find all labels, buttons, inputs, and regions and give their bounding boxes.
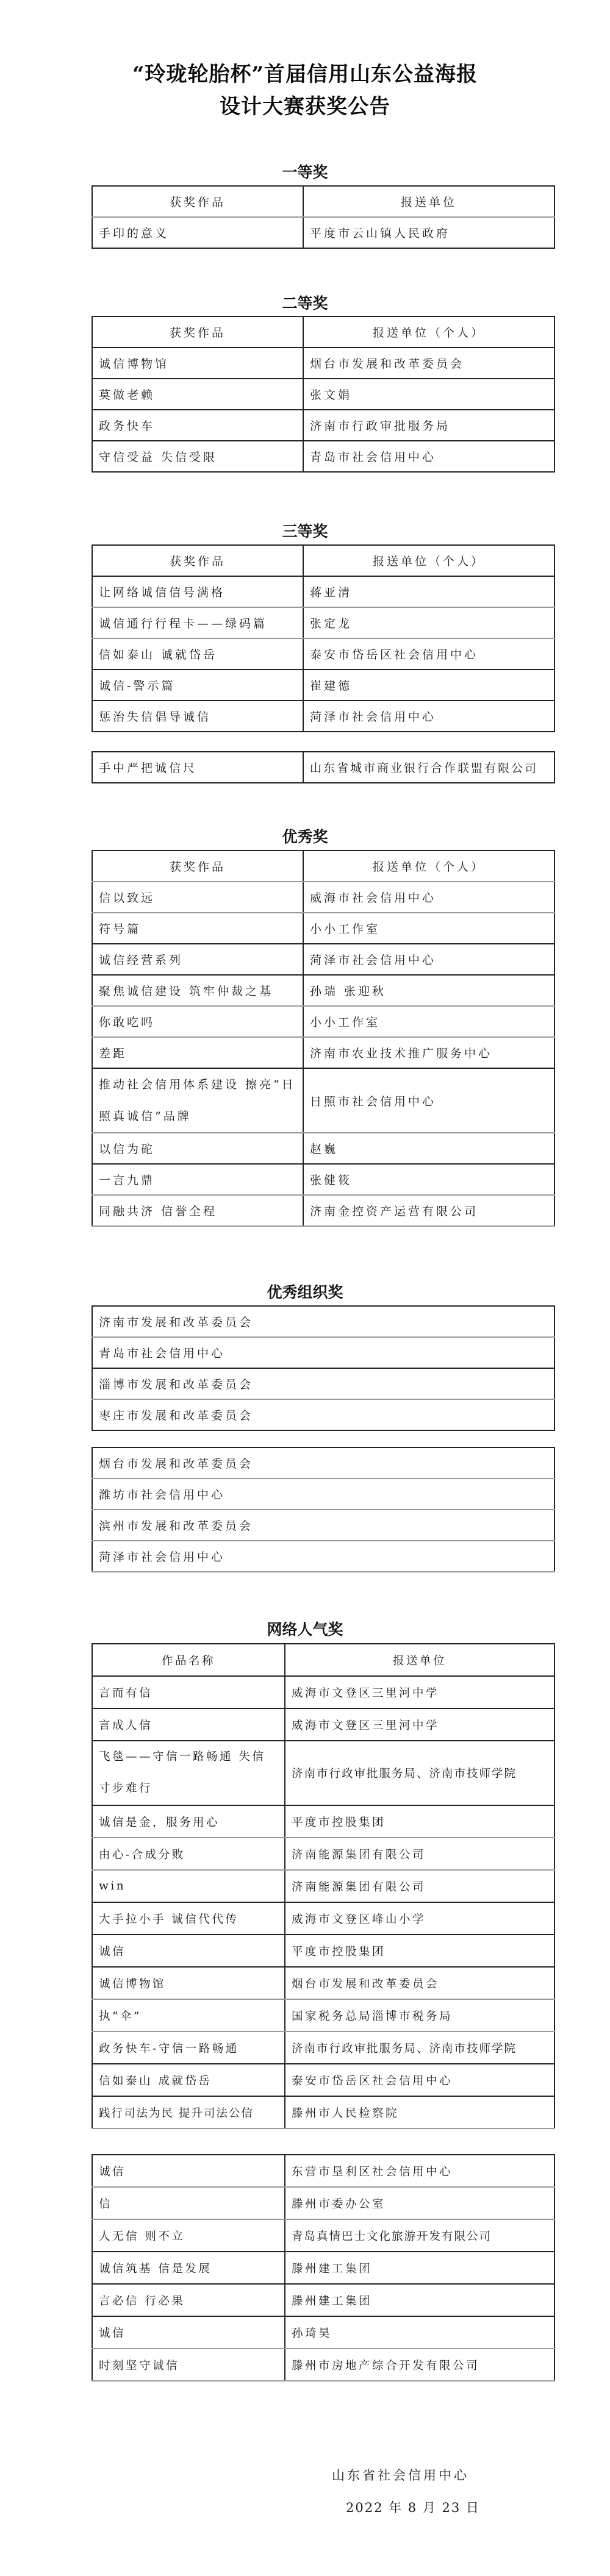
unit-cell: 威海市文登区三里河中学 bbox=[285, 1676, 554, 1708]
work-cell: 诚信经营系列 bbox=[92, 944, 303, 975]
unit-cell: 小小工作室 bbox=[303, 913, 554, 944]
list-item: 烟台市发展和改革委员会 bbox=[92, 1447, 554, 1479]
unit-cell: 小小工作室 bbox=[303, 1006, 554, 1037]
work-cell: 聚焦诚信建设 筑牢仲裁之基 bbox=[92, 975, 303, 1006]
unit-cell: 滕州建工集团 bbox=[285, 2252, 554, 2284]
table-row: 飞毯——守信一路畅通 失信寸步难行济南市行政审批服务局、济南市技师学院 bbox=[92, 1741, 554, 1805]
work-cell: 人无信 则不立 bbox=[92, 2219, 285, 2252]
table-row: 差距济南市农业技术推广服务中心 bbox=[92, 1037, 554, 1068]
work-cell: 政务快车 bbox=[92, 410, 303, 441]
work-cell: 信如泰山 诚就岱岳 bbox=[92, 638, 303, 669]
unit-cell: 济南金控资产运营有限公司 bbox=[303, 1195, 554, 1226]
table-row: 人无信 则不立青岛真情巴士文化旅游开发有限公司 bbox=[92, 2219, 554, 2252]
table-row: 诚信-警示篇崔建德 bbox=[92, 669, 554, 701]
work-cell: 手印的意义 bbox=[92, 217, 303, 248]
unit-cell: 东营市垦利区社会信用中心 bbox=[285, 2155, 554, 2187]
third-prize-table: 获奖作品 报送单位（个人） 让网络诚信信号满格蒋亚清 诚信通行行程卡——绿码篇张… bbox=[91, 544, 555, 732]
work-cell: 诚信筑基 信是发展 bbox=[92, 2252, 285, 2284]
section-heading-first-prize: 一等奖 bbox=[0, 163, 610, 182]
table-row: 大手拉小手 诚信代代传威海市文登区峰山小学 bbox=[92, 1902, 554, 1935]
work-cell: 飞毯——守信一路畅通 失信寸步难行 bbox=[92, 1741, 285, 1805]
unit-cell: 孙琦昊 bbox=[285, 2316, 554, 2349]
work-cell: 手中严把诚信尺 bbox=[92, 752, 303, 783]
column-header-work: 获奖作品 bbox=[92, 186, 303, 217]
unit-cell: 孙瑞 张迎秋 bbox=[303, 975, 554, 1006]
column-header-work: 获奖作品 bbox=[92, 545, 303, 576]
work-cell: 政务快车-守信一路畅通 bbox=[92, 2032, 285, 2064]
section-heading-organization-prize: 优秀组织奖 bbox=[0, 1283, 610, 1302]
work-cell: 让网络诚信信号满格 bbox=[92, 576, 303, 607]
unit-cell: 平度市云山镇人民政府 bbox=[303, 217, 554, 248]
list-item: 滨州市发展和改革委员会 bbox=[92, 1510, 554, 1541]
document-title-line2: 设计大赛获奖公告 bbox=[0, 95, 610, 119]
work-cell: 推动社会信用体系建设 擦亮“日照真诚信”品牌 bbox=[92, 1068, 303, 1133]
column-header-work: 作品名称 bbox=[92, 1644, 285, 1676]
list-item: 青岛市社会信用中心 bbox=[92, 1337, 554, 1368]
table-row: 诚信筑基 信是发展滕州建工集团 bbox=[92, 2252, 554, 2284]
table-header-row: 作品名称 报送单位 bbox=[92, 1644, 554, 1676]
work-cell: 诚信博物馆 bbox=[92, 1967, 285, 1999]
column-header-unit: 报送单位（个人） bbox=[303, 851, 554, 882]
table-row: 推动社会信用体系建设 擦亮“日照真诚信”品牌日照市社会信用中心 bbox=[92, 1068, 554, 1133]
issuer-name: 山东省社会信用中心 bbox=[332, 2467, 469, 2483]
work-cell: 信以致远 bbox=[92, 882, 303, 913]
work-cell: 诚信是金，服务用心 bbox=[92, 1805, 285, 1838]
column-header-unit: 报送单位 bbox=[303, 186, 554, 217]
work-cell: 言成人信 bbox=[92, 1708, 285, 1741]
unit-cell: 山东省城市商业银行合作联盟有限公司 bbox=[303, 752, 554, 783]
table-header-row: 获奖作品 报送单位（个人） bbox=[92, 851, 554, 882]
organization-cell: 济南市发展和改革委员会 bbox=[92, 1306, 554, 1337]
unit-cell: 威海市社会信用中心 bbox=[303, 882, 554, 913]
work-cell: 诚信博物馆 bbox=[92, 348, 303, 379]
table-row: 信以致远威海市社会信用中心 bbox=[92, 882, 554, 913]
table-row: 政务快车济南市行政审批服务局 bbox=[92, 410, 554, 441]
column-header-unit: 报送单位 bbox=[285, 1644, 554, 1676]
unit-cell: 滕州市人民检察院 bbox=[285, 2096, 554, 2128]
table-row: 诚信孙琦昊 bbox=[92, 2316, 554, 2349]
unit-cell: 崔建德 bbox=[303, 669, 554, 701]
section-heading-second-prize: 二等奖 bbox=[0, 294, 610, 313]
list-item: 潍坊市社会信用中心 bbox=[92, 1479, 554, 1510]
table-row: 诚信东营市垦利区社会信用中心 bbox=[92, 2155, 554, 2187]
work-cell: 诚信 bbox=[92, 1935, 285, 1967]
table-row: win济南能源集团有限公司 bbox=[92, 1870, 554, 1902]
unit-cell: 青岛真情巴士文化旅游开发有限公司 bbox=[285, 2219, 554, 2252]
work-cell: 莫做老赖 bbox=[92, 379, 303, 410]
second-prize-table: 获奖作品 报送单位（个人） 诚信博物馆烟台市发展和改革委员会 莫做老赖张文娟 政… bbox=[91, 316, 555, 473]
unit-cell: 威海市文登区三里河中学 bbox=[285, 1708, 554, 1741]
column-header-unit: 报送单位（个人） bbox=[303, 316, 554, 348]
work-cell: 由心-合成分败 bbox=[92, 1838, 285, 1870]
unit-cell: 泰安市岱岳区社会信用中心 bbox=[285, 2064, 554, 2096]
table-row: 信滕州市委办公室 bbox=[92, 2187, 554, 2219]
table-row: 政务快车-守信一路畅通济南市行政审批服务局、济南市技师学院 bbox=[92, 2032, 554, 2064]
work-cell: 一言九鼎 bbox=[92, 1164, 303, 1195]
table-row: 诚信是金，服务用心平度市控股集团 bbox=[92, 1805, 554, 1838]
table-header-row: 获奖作品 报送单位（个人） bbox=[92, 545, 554, 576]
list-item: 淄博市发展和改革委员会 bbox=[92, 1368, 554, 1399]
table-row: 符号篇小小工作室 bbox=[92, 913, 554, 944]
section-heading-popularity-prize: 网络人气奖 bbox=[0, 1621, 610, 1639]
work-cell: 诚信 bbox=[92, 2316, 285, 2349]
table-row: 同融共济 信誉全程济南金控资产运营有限公司 bbox=[92, 1195, 554, 1226]
work-cell: 以信为砣 bbox=[92, 1133, 303, 1164]
column-header-work: 获奖作品 bbox=[92, 316, 303, 348]
table-row: 一言九鼎张健筱 bbox=[92, 1164, 554, 1195]
section-heading-excellence-prize: 优秀奖 bbox=[0, 828, 610, 846]
table-row: 莫做老赖张文娟 bbox=[92, 379, 554, 410]
unit-cell: 张健筱 bbox=[303, 1164, 554, 1195]
work-cell: 大手拉小手 诚信代代传 bbox=[92, 1902, 285, 1935]
unit-cell: 平度市控股集团 bbox=[285, 1805, 554, 1838]
work-cell: 符号篇 bbox=[92, 913, 303, 944]
table-row: 执“伞”国家税务总局淄博市税务局 bbox=[92, 1999, 554, 2032]
table-row: 诚信平度市控股集团 bbox=[92, 1935, 554, 1967]
unit-cell: 滕州市房地产综合开发有限公司 bbox=[285, 2349, 554, 2381]
work-cell: 诚信通行行程卡——绿码篇 bbox=[92, 607, 303, 638]
organization-cell: 淄博市发展和改革委员会 bbox=[92, 1368, 554, 1399]
list-item: 菏泽市社会信用中心 bbox=[92, 1541, 554, 1572]
table-row: 手中严把诚信尺山东省城市商业银行合作联盟有限公司 bbox=[92, 752, 554, 783]
table-row: 手印的意义 平度市云山镇人民政府 bbox=[92, 217, 554, 248]
section-heading-third-prize: 三等奖 bbox=[0, 523, 610, 541]
document-title-line1: “玲珑轮胎杯”首届信用山东公益海报 bbox=[0, 62, 610, 87]
unit-cell: 菏泽市社会信用中心 bbox=[303, 944, 554, 975]
work-cell: 践行司法为民 提升司法公信 bbox=[92, 2096, 285, 2128]
unit-cell: 济南市行政审批服务局、济南市技师学院 bbox=[285, 2032, 554, 2064]
organization-cell: 枣庄市发展和改革委员会 bbox=[92, 1399, 554, 1430]
table-header-row: 获奖作品 报送单位（个人） bbox=[92, 316, 554, 348]
work-cell: 言而有信 bbox=[92, 1676, 285, 1708]
table-row: 信如泰山 成就岱岳泰安市岱岳区社会信用中心 bbox=[92, 2064, 554, 2096]
issue-date: 2022 年 8 月 23 日 bbox=[346, 2500, 480, 2516]
table-row: 诚信通行行程卡——绿码篇张定龙 bbox=[92, 607, 554, 638]
table-row: 言成人信威海市文登区三里河中学 bbox=[92, 1708, 554, 1741]
unit-cell: 平度市控股集团 bbox=[285, 1935, 554, 1967]
column-header-work: 获奖作品 bbox=[92, 851, 303, 882]
table-row: 守信受益 失信受限青岛市社会信用中心 bbox=[92, 441, 554, 472]
excellence-prize-table: 获奖作品 报送单位（个人） 信以致远威海市社会信用中心 符号篇小小工作室 诚信经… bbox=[91, 850, 555, 1227]
unit-cell: 济南能源集团有限公司 bbox=[285, 1838, 554, 1870]
table-row: 聚焦诚信建设 筑牢仲裁之基孙瑞 张迎秋 bbox=[92, 975, 554, 1006]
organization-prize-table-2: 烟台市发展和改革委员会 潍坊市社会信用中心 滨州市发展和改革委员会 菏泽市社会信… bbox=[91, 1447, 555, 1572]
table-row: 诚信博物馆烟台市发展和改革委员会 bbox=[92, 348, 554, 379]
table-row: 诚信博物馆烟台市发展和改革委员会 bbox=[92, 1967, 554, 1999]
unit-cell: 菏泽市社会信用中心 bbox=[303, 701, 554, 732]
unit-cell: 国家税务总局淄博市税务局 bbox=[285, 1999, 554, 2032]
unit-cell: 张文娟 bbox=[303, 379, 554, 410]
unit-cell: 张定龙 bbox=[303, 607, 554, 638]
list-item: 枣庄市发展和改革委员会 bbox=[92, 1399, 554, 1430]
work-cell: 言必信 行必果 bbox=[92, 2284, 285, 2316]
work-cell: 诚信 bbox=[92, 2155, 285, 2187]
column-header-unit: 报送单位（个人） bbox=[303, 545, 554, 576]
list-item: 济南市发展和改革委员会 bbox=[92, 1306, 554, 1337]
unit-cell: 济南市农业技术推广服务中心 bbox=[303, 1037, 554, 1068]
work-cell: 执“伞” bbox=[92, 1999, 285, 2032]
unit-cell: 烟台市发展和改革委员会 bbox=[303, 348, 554, 379]
popularity-prize-table-2: 诚信东营市垦利区社会信用中心 信滕州市委办公室 人无信 则不立青岛真情巴士文化旅… bbox=[91, 2154, 555, 2382]
table-row: 时刻坚守诚信滕州市房地产综合开发有限公司 bbox=[92, 2349, 554, 2381]
work-cell: 守信受益 失信受限 bbox=[92, 441, 303, 472]
work-cell: 诚信-警示篇 bbox=[92, 669, 303, 701]
work-cell: 信 bbox=[92, 2187, 285, 2219]
table-row: 诚信经营系列菏泽市社会信用中心 bbox=[92, 944, 554, 975]
work-cell: 惩治失信倡导诚信 bbox=[92, 701, 303, 732]
unit-cell: 滕州建工集团 bbox=[285, 2284, 554, 2316]
popularity-prize-table: 作品名称 报送单位 言而有信威海市文登区三里河中学 言成人信威海市文登区三里河中… bbox=[91, 1643, 555, 2129]
table-row: 惩治失信倡导诚信菏泽市社会信用中心 bbox=[92, 701, 554, 732]
table-row: 让网络诚信信号满格蒋亚清 bbox=[92, 576, 554, 607]
table-row: 言而有信威海市文登区三里河中学 bbox=[92, 1676, 554, 1708]
third-prize-extra-table: 手中严把诚信尺山东省城市商业银行合作联盟有限公司 bbox=[91, 751, 555, 783]
organization-cell: 青岛市社会信用中心 bbox=[92, 1337, 554, 1368]
unit-cell: 济南市行政审批服务局、济南市技师学院 bbox=[285, 1741, 554, 1805]
table-header-row: 获奖作品 报送单位 bbox=[92, 186, 554, 217]
organization-cell: 菏泽市社会信用中心 bbox=[92, 1541, 554, 1572]
unit-cell: 威海市文登区峰山小学 bbox=[285, 1902, 554, 1935]
work-cell: win bbox=[92, 1870, 285, 1902]
organization-prize-table-1: 济南市发展和改革委员会 青岛市社会信用中心 淄博市发展和改革委员会 枣庄市发展和… bbox=[91, 1305, 555, 1431]
table-row: 言必信 行必果滕州建工集团 bbox=[92, 2284, 554, 2316]
unit-cell: 烟台市发展和改革委员会 bbox=[285, 1967, 554, 1999]
unit-cell: 济南市行政审批服务局 bbox=[303, 410, 554, 441]
table-row: 践行司法为民 提升司法公信滕州市人民检察院 bbox=[92, 2096, 554, 2128]
unit-cell: 蒋亚清 bbox=[303, 576, 554, 607]
organization-cell: 滨州市发展和改革委员会 bbox=[92, 1510, 554, 1541]
work-cell: 你敢吃吗 bbox=[92, 1006, 303, 1037]
work-cell: 信如泰山 成就岱岳 bbox=[92, 2064, 285, 2096]
unit-cell: 泰安市岱岳区社会信用中心 bbox=[303, 638, 554, 669]
organization-cell: 烟台市发展和改革委员会 bbox=[92, 1447, 554, 1479]
first-prize-table: 获奖作品 报送单位 手印的意义 平度市云山镇人民政府 bbox=[91, 185, 555, 249]
table-row: 信如泰山 诚就岱岳泰安市岱岳区社会信用中心 bbox=[92, 638, 554, 669]
unit-cell: 赵巍 bbox=[303, 1133, 554, 1164]
organization-cell: 潍坊市社会信用中心 bbox=[92, 1479, 554, 1510]
unit-cell: 滕州市委办公室 bbox=[285, 2187, 554, 2219]
work-cell: 时刻坚守诚信 bbox=[92, 2349, 285, 2381]
unit-cell: 青岛市社会信用中心 bbox=[303, 441, 554, 472]
table-row: 以信为砣赵巍 bbox=[92, 1133, 554, 1164]
unit-cell: 济南能源集团有限公司 bbox=[285, 1870, 554, 1902]
unit-cell: 日照市社会信用中心 bbox=[303, 1068, 554, 1133]
table-row: 由心-合成分败济南能源集团有限公司 bbox=[92, 1838, 554, 1870]
work-cell: 同融共济 信誉全程 bbox=[92, 1195, 303, 1226]
work-cell: 差距 bbox=[92, 1037, 303, 1068]
table-row: 你敢吃吗小小工作室 bbox=[92, 1006, 554, 1037]
